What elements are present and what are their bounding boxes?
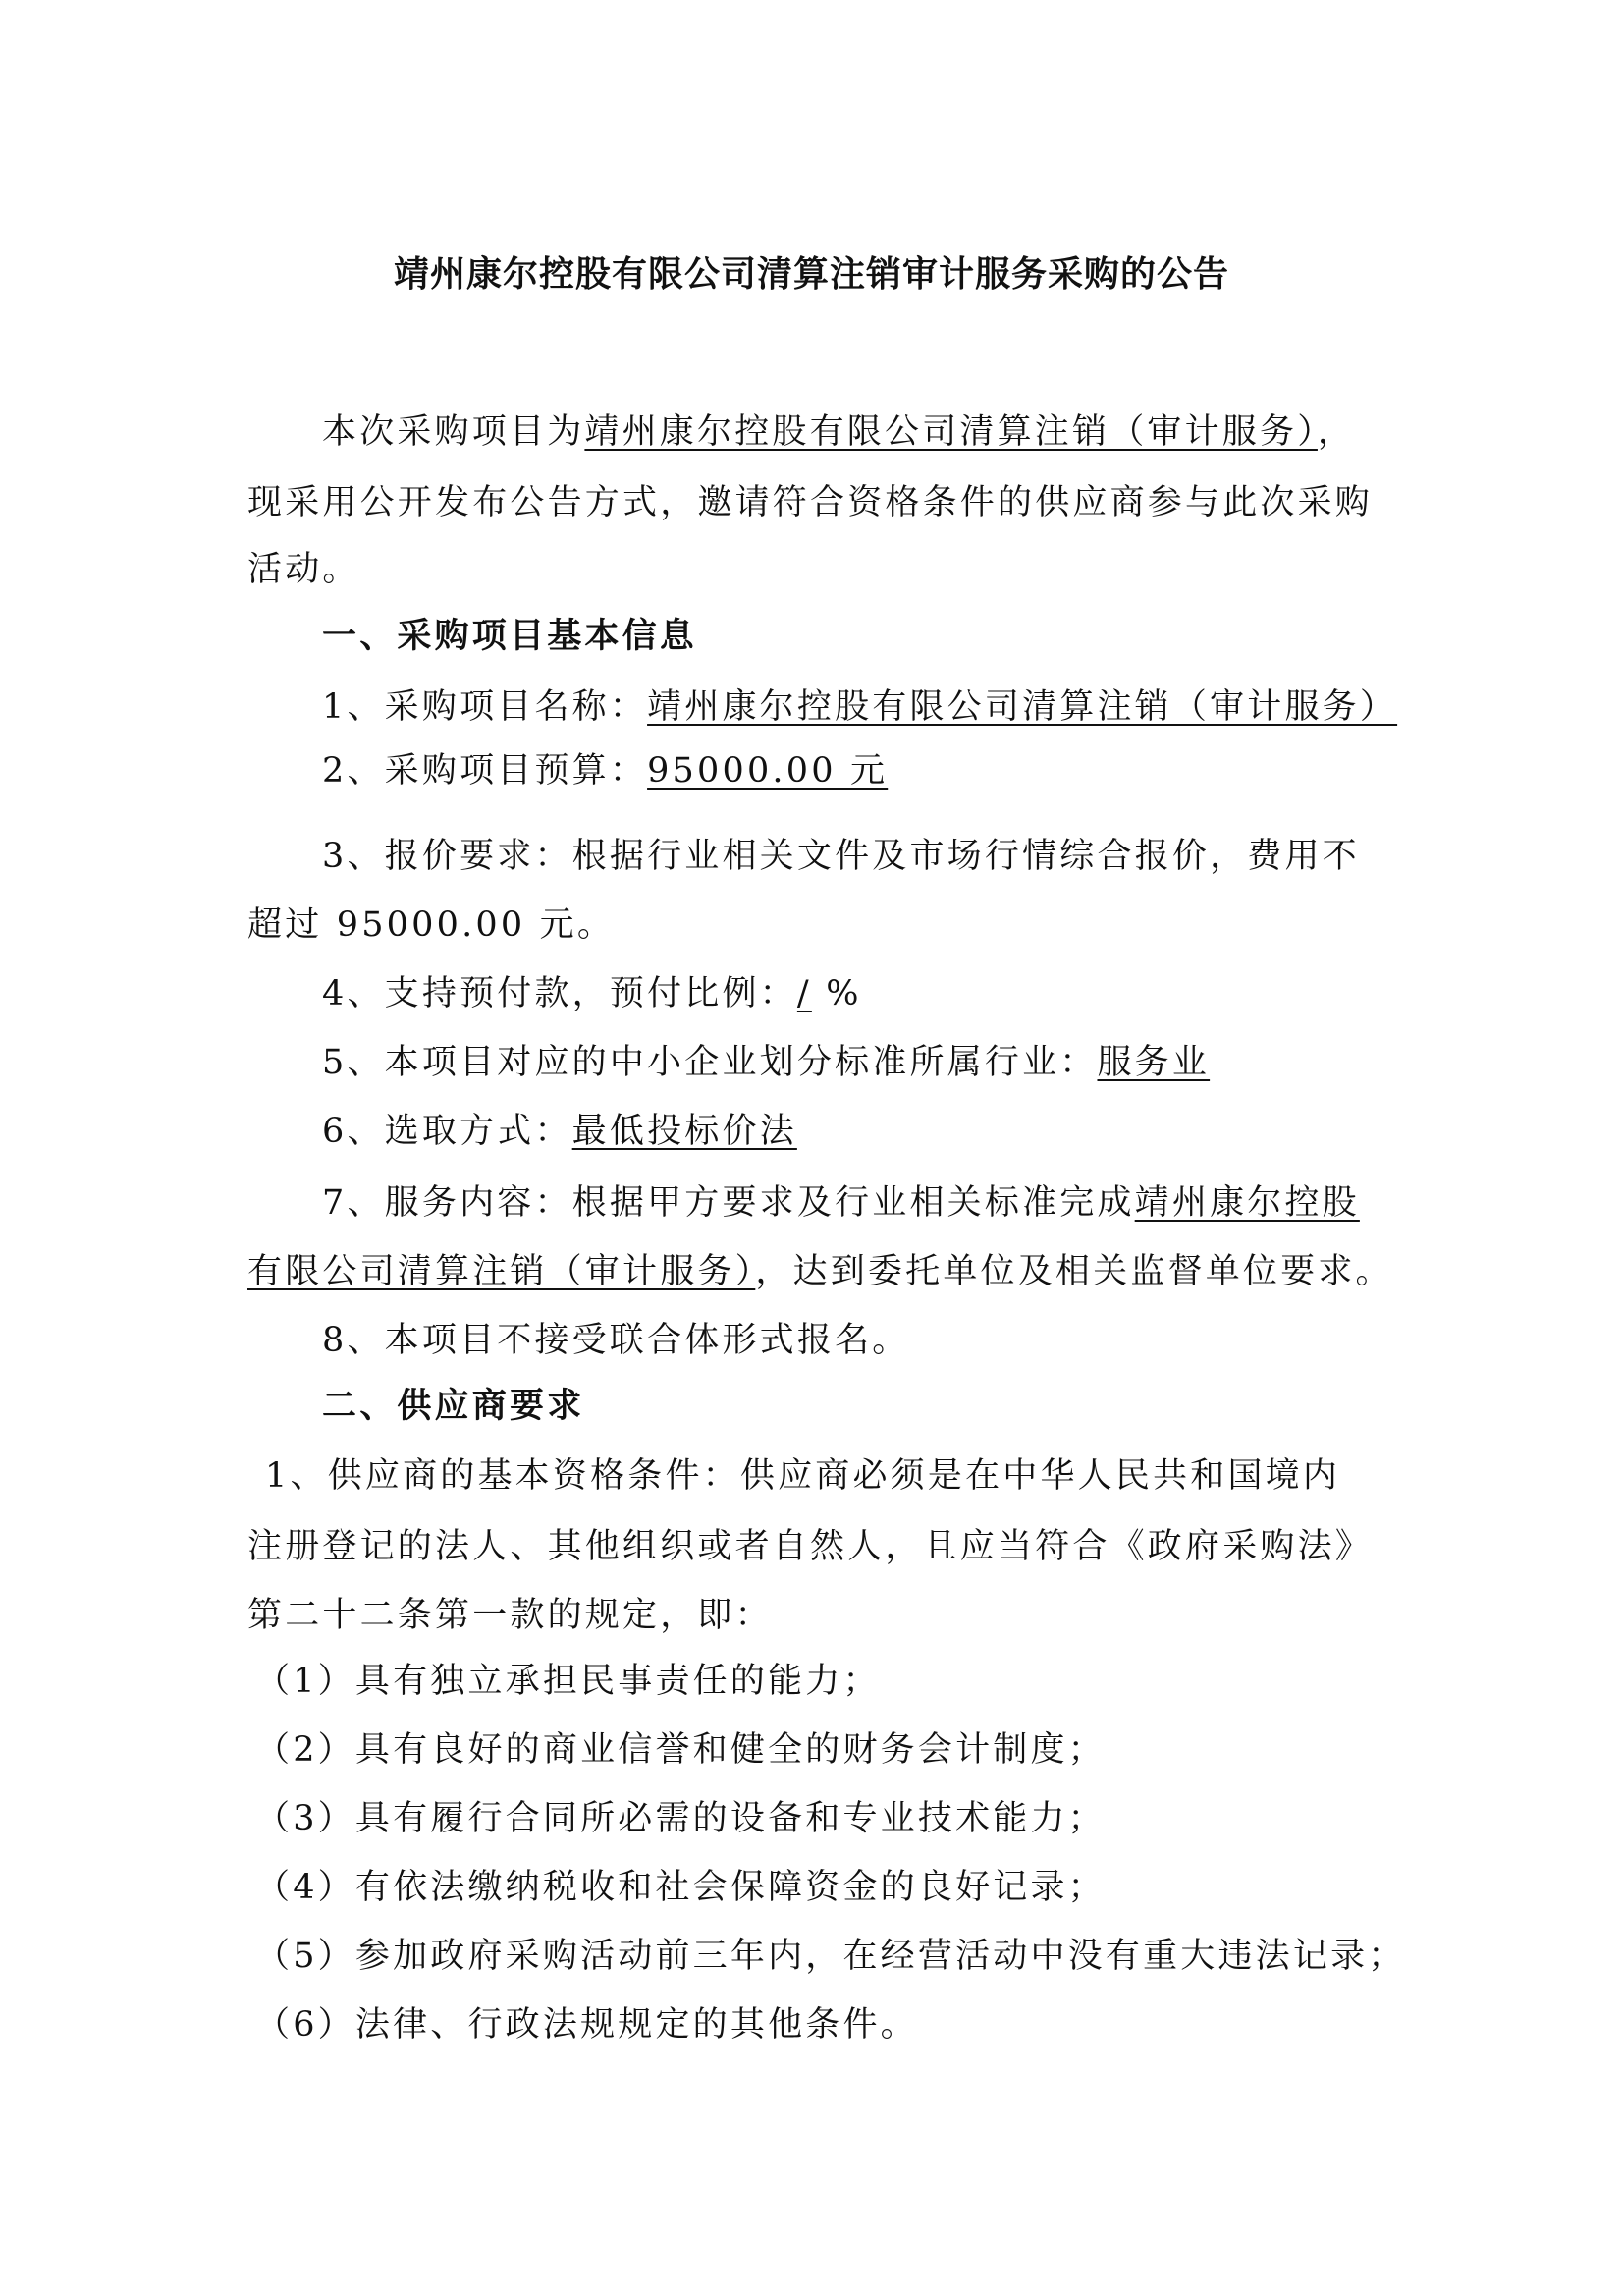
intro-line-2: 现采用公开发布公告方式，邀请符合资格条件的供应商参与此次采购 — [247, 481, 1373, 524]
project-name-underlined: 靖州康尔控股有限公司清算注销（审计服务） — [584, 412, 1318, 452]
item-prepayment: 4、支持预付款，预付比例：/ % — [322, 972, 862, 1015]
item-label: 5、本项目对应的中小企业划分标准所属行业： — [322, 1043, 1097, 1082]
item-label: 4、支持预付款，预付比例： — [322, 974, 797, 1013]
item-no-consortium: 8、本项目不接受联合体形式报名。 — [322, 1319, 909, 1362]
item-label: 1、采购项目名称： — [322, 687, 647, 727]
section2-heading: 二、供应商要求 — [322, 1385, 584, 1428]
item-quote-line-1: 3、报价要求：根据行业相关文件及市场行情综合报价，费用不 — [322, 835, 1360, 878]
industry-value: 服务业 — [1097, 1043, 1210, 1082]
service-content-suffix: ，达到委托单位及相关监督单位要求。 — [755, 1252, 1392, 1291]
supplier-qualification-line-1: 1、供应商的基本资格条件：供应商必须是在中华人民共和国境内 — [265, 1454, 1340, 1498]
item-quote-line-2: 超过 95000.00 元。 — [247, 903, 615, 947]
intro-suffix: ， — [1318, 412, 1355, 452]
selection-method-value: 最低投标价法 — [572, 1112, 797, 1151]
service-target-underlined-cont: 有限公司清算注销（审计服务） — [247, 1252, 755, 1291]
item-service-content-line-2: 有限公司清算注销（审计服务），达到委托单位及相关监督单位要求。 — [247, 1250, 1393, 1293]
condition-item: （3）具有履行合同所必需的设备和专业技术能力； — [255, 1797, 1106, 1840]
supplier-qualification-line-2: 注册登记的法人、其他组织或者自然人，且应当符合《政府采购法》 — [247, 1525, 1373, 1568]
budget-value: 95000.00 元 — [647, 751, 888, 791]
item-project-name: 1、采购项目名称：靖州康尔控股有限公司清算注销（审计服务） — [322, 685, 1397, 729]
document-title: 靖州康尔控股有限公司清算注销审计服务采购的公告 — [0, 251, 1623, 299]
item-industry: 5、本项目对应的中小企业划分标准所属行业：服务业 — [322, 1041, 1210, 1084]
item-label: 6、选取方式： — [322, 1112, 572, 1151]
prepayment-ratio-value: / — [797, 974, 812, 1013]
condition-item: （2）具有良好的商业信誉和健全的财务会计制度； — [255, 1728, 1106, 1772]
condition-item: （1）具有独立承担民事责任的能力； — [255, 1660, 881, 1703]
item-value: 靖州康尔控股有限公司清算注销（审计服务） — [647, 687, 1397, 727]
supplier-qualification-line-3: 第二十二条第一款的规定，即： — [247, 1594, 773, 1637]
item-budget: 2、采购项目预算：95000.00 元 — [322, 749, 888, 793]
condition-item: （4）有依法缴纳税收和社会保障资金的良好记录； — [255, 1866, 1106, 1909]
item-label: 2、采购项目预算： — [322, 751, 647, 791]
condition-item: （5）参加政府采购活动前三年内，在经营活动中没有重大违法记录； — [255, 1935, 1405, 1978]
section1-heading: 一、采购项目基本信息 — [322, 615, 697, 658]
item-selection-method: 6、选取方式：最低投标价法 — [322, 1110, 797, 1153]
intro-line-1: 本次采购项目为靖州康尔控股有限公司清算注销（审计服务）， — [322, 410, 1355, 454]
percent-sign: % — [812, 974, 862, 1013]
condition-item: （6）法律、行政法规规定的其他条件。 — [255, 2003, 918, 2047]
item-service-content-line-1: 7、服务内容：根据甲方要求及行业相关标准完成靖州康尔控股 — [322, 1181, 1360, 1225]
intro-line-3: 活动。 — [247, 548, 360, 591]
service-target-underlined: 靖州康尔控股 — [1135, 1183, 1360, 1223]
item-label: 7、服务内容：根据甲方要求及行业相关标准完成 — [322, 1183, 1135, 1223]
intro-prefix: 本次采购项目为 — [322, 412, 584, 452]
